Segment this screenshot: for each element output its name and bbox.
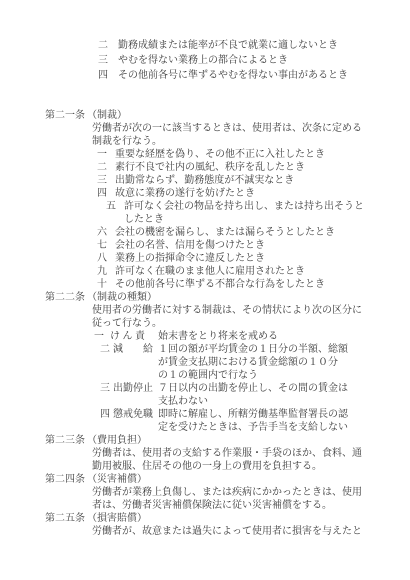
sanction-name: 懲戒免職 (113, 408, 158, 421)
item-number: 八 (97, 252, 115, 265)
article-body-line: 労働者が、故意または過失によって使用者に損害を与えたと (0, 525, 410, 538)
item-text: 許可なく在職のまま他人に雇用されたとき (115, 266, 305, 277)
item-text: 素行不良で社内の風紀、秩序を乱したとき (115, 162, 305, 173)
article-heading: 第二三条（費用負担） (0, 434, 410, 447)
sanction-name: 減 給 (113, 343, 158, 356)
sanction-item: 三出勤停止７日以内の出勤を停止し、その間の賃金は (0, 382, 410, 395)
item-number: 三 (98, 53, 118, 68)
article-number: 第二一条 (45, 110, 85, 121)
item-number: 四 (100, 408, 113, 421)
article-25: 第二五条（損害賠償） 労働者が、故意または過失によって使用者に損害を与えたと (0, 512, 410, 538)
item-text: 勤務成績または能率が不良で就業に適しないとき (118, 40, 338, 51)
article-heading: 第二五条（損害賠償） (0, 512, 410, 525)
article-body-line: 制裁を行なう。 (0, 135, 410, 148)
item-number: 十 (97, 278, 115, 291)
item-number: 六 (97, 226, 115, 239)
list-item: 五許可なく会社の物品を持ち出し、または持ち出そうと (0, 200, 410, 213)
sanction-desc-continuation: が賃金支払期における賃金総額の１０分 (0, 356, 410, 369)
item-number: 九 (97, 265, 115, 278)
item-number: 五 (106, 200, 124, 213)
article-number: 第二四条 (45, 474, 85, 485)
list-item: 一重要な経歴を偽り、その他不正に入社したとき (0, 148, 410, 161)
article-body-line: 従って行なう。 (0, 317, 410, 330)
item-number: 二 (97, 161, 115, 174)
sanction-desc: 即時に解雇し、所轄労働基準監督署長の認 (158, 409, 348, 420)
list-item: 七会社の名誉、信用を傷つけたとき (0, 239, 410, 252)
sanction-item: 一け ん 責始末書をとり将来を戒める (0, 330, 410, 343)
item-number: 一 (97, 148, 115, 161)
article-title: （費用負担） (87, 435, 147, 446)
item-text: 会社の名誉、信用を傷つけたとき (115, 240, 265, 251)
item-number: 三 (100, 382, 113, 395)
article-title: （災害補償） (87, 474, 147, 485)
article-body-line: 労働者が次の一に該当するときは、使用者は、次条に定める (0, 122, 410, 135)
list-item: 三出勤常ならず、勤務態度が不誠実なとき (0, 174, 410, 187)
article-body-line: 使用者の労働者に対する制裁は、その情状により次の区分に (0, 304, 410, 317)
list-item: 六会社の機密を漏らし、または漏らそうとしたとき (0, 226, 410, 239)
list-item: 四故意に業務の遂行を妨げたとき (0, 187, 410, 200)
intro-list: 二勤務成績または能率が不良で就業に適しないとき 三やむを得ない業務上の都合による… (0, 38, 410, 83)
item-text-continuation: したとき (0, 213, 410, 226)
sanction-item: 四懲戒免職即時に解雇し、所轄労働基準監督署長の認 (0, 408, 410, 421)
document-page: 二勤務成績または能率が不良で就業に適しないとき 三やむを得ない業務上の都合による… (0, 0, 410, 580)
article-body-line: 勤用被服、住居その他の一身上の費用を負担する。 (0, 460, 410, 473)
article-body-line: 者は、労働者災害補償保険法に従い災害補償をする。 (0, 499, 410, 512)
article-title: （制裁の種類） (87, 292, 157, 303)
item-number: 七 (97, 239, 115, 252)
item-text: やむを得ない業務上の都合によるとき (118, 55, 288, 66)
item-text: 業務上の指揮命令に違反したとき (115, 253, 265, 264)
article-body-line: 労働者は、使用者の支給する作業服・手袋のほか、食料、通 (0, 447, 410, 460)
item-text: その他前各号に準ずるやむを得ない事由があるとき (118, 70, 348, 81)
item-text: 許可なく会社の物品を持ち出し、または持ち出そうと (124, 201, 364, 212)
article-number: 第二三条 (45, 435, 85, 446)
list-item: 九許可なく在職のまま他人に雇用されたとき (0, 265, 410, 278)
sanction-name: け ん 責 (110, 330, 158, 343)
list-item: 四その他前各号に準ずるやむを得ない事由があるとき (0, 68, 410, 83)
item-text: 会社の機密を漏らし、または漏らそうとしたとき (115, 227, 335, 238)
item-text: 出勤常ならず、勤務態度が不誠実なとき (115, 175, 294, 186)
article-heading: 第二二条（制裁の種類） (0, 291, 410, 304)
sanction-desc-continuation: の１の範囲内で行なう (0, 369, 410, 382)
article-22: 第二二条（制裁の種類） 使用者の労働者に対する制裁は、その情状により次の区分に … (0, 291, 410, 434)
article-23: 第二三条（費用負担） 労働者は、使用者の支給する作業服・手袋のほか、食料、通 勤… (0, 434, 410, 473)
sanction-desc-continuation: 支払わない (0, 395, 410, 408)
article-number: 第二五条 (45, 513, 85, 524)
article-body-line: 労働者が業務上負傷し、または疾病にかかったときは、使用 (0, 486, 410, 499)
sanction-desc: 始末書をとり将来を戒める (158, 331, 278, 342)
item-number: 四 (98, 68, 118, 83)
item-text: 重要な経歴を偽り、その他不正に入社したとき (115, 149, 325, 160)
list-item: 二勤務成績または能率が不良で就業に適しないとき (0, 38, 410, 53)
item-number: 二 (100, 343, 113, 356)
sanction-name: 出勤停止 (113, 382, 158, 395)
article-heading: 第二四条（災害補償） (0, 473, 410, 486)
sanction-desc: １回の額が平均賃金の１日分の半額、総額 (158, 344, 348, 355)
article-21: 第二一条（制裁） 労働者が次の一に該当するときは、使用者は、次条に定める 制裁を… (0, 109, 410, 291)
article-title: （制裁） (87, 110, 127, 121)
article-title: （損害賠償） (87, 513, 147, 524)
list-item: 二素行不良で社内の風紀、秩序を乱したとき (0, 161, 410, 174)
item-number: 一 (94, 330, 110, 343)
sanction-desc-continuation: 定を受けたときは、予告手当を支給しない (0, 421, 410, 434)
item-number: 三 (97, 174, 115, 187)
item-text: 故意に業務の遂行を妨げたとき (115, 188, 255, 199)
sanction-desc: ７日以内の出勤を停止し、その間の賃金は (158, 383, 348, 394)
list-item: 三やむを得ない業務上の都合によるとき (0, 53, 410, 68)
item-text: その他前各号に準ずる不都合な行為をしたとき (115, 279, 325, 290)
item-number: 四 (97, 187, 115, 200)
article-number: 第二二条 (45, 292, 85, 303)
article-heading: 第二一条（制裁） (0, 109, 410, 122)
list-item: 十その他前各号に準ずる不都合な行為をしたとき (0, 278, 410, 291)
item-number: 二 (98, 38, 118, 53)
sanction-item: 二減 給１回の額が平均賃金の１日分の半額、総額 (0, 343, 410, 356)
list-item: 八業務上の指揮命令に違反したとき (0, 252, 410, 265)
article-24: 第二四条（災害補償） 労働者が業務上負傷し、または疾病にかかったときは、使用 者… (0, 473, 410, 512)
